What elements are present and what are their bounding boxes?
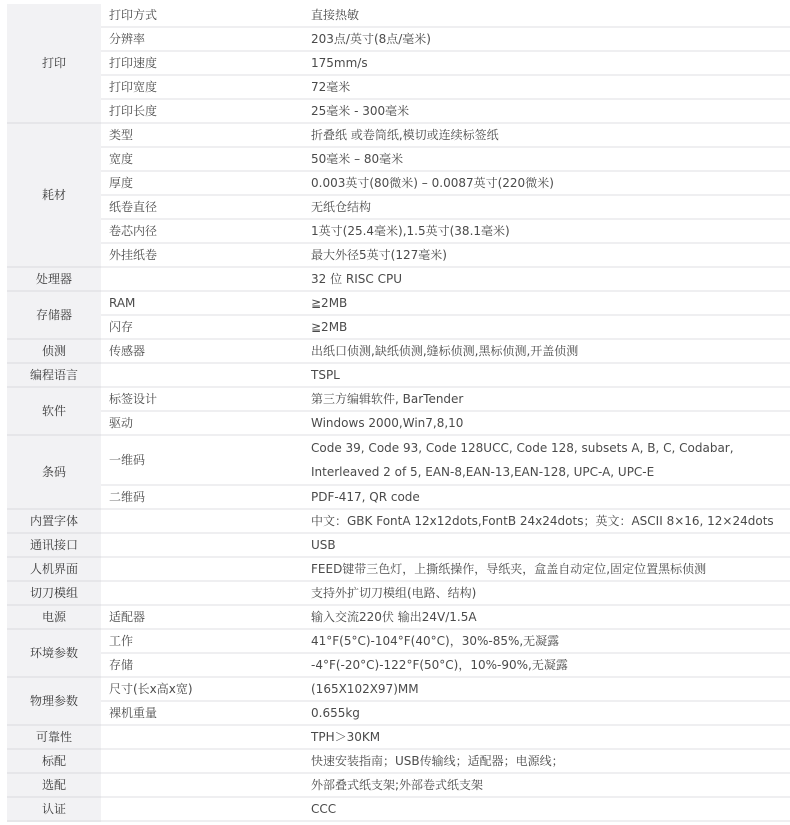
row-label xyxy=(101,749,305,773)
table-row: 软件 标签设计 第三方编辑软件, BarTender xyxy=(7,387,790,411)
table-row: 处理器 32 位 RISC CPU xyxy=(7,267,790,291)
row-label: 存储 xyxy=(101,653,305,677)
row-value: TPH＞30KM xyxy=(305,725,790,749)
row-value: FEED键带三色灯，上撕纸操作，导纸夹，盒盖自动定位,固定位置黑标侦测 xyxy=(305,557,790,581)
row-value: 175mm/s xyxy=(305,51,790,75)
table-row: 打印速度 175mm/s xyxy=(7,51,790,75)
table-row: 切刀模组 支持外扩切刀模组(电路、结构) xyxy=(7,581,790,605)
category-reliability: 可靠性 xyxy=(7,725,101,749)
value-line: Interleaved 2 of 5, EAN-8,EAN-13,EAN-128… xyxy=(311,460,790,484)
category-barcode: 条码 xyxy=(7,435,101,509)
table-row: 纸卷直径 无纸仓结构 xyxy=(7,195,790,219)
row-value: TSPL xyxy=(305,363,790,387)
category-memory: 存储器 xyxy=(7,291,101,339)
category-optional-accessories: 选配 xyxy=(7,773,101,797)
category-print: 打印 xyxy=(7,4,101,123)
row-value: 0.655kg xyxy=(305,701,790,725)
table-row: 选配 外部叠式纸支架;外部卷式纸支架 xyxy=(7,773,790,797)
table-row: 厚度 0.003英寸(80微米) – 0.0087英寸(220微米) xyxy=(7,171,790,195)
row-label: 标签设计 xyxy=(101,387,305,411)
row-value: 203点/英寸(8点/毫米) xyxy=(305,27,790,51)
row-label: 卷芯内径 xyxy=(101,219,305,243)
row-value: 折叠纸 或卷筒纸,模切或连续标签纸 xyxy=(305,123,790,147)
row-value: 直接热敏 xyxy=(305,4,790,27)
table-row: 编程语言 TSPL xyxy=(7,363,790,387)
row-value: 中文：GBK FontA 12x12dots,FontB 24x24dots；英… xyxy=(305,509,790,533)
table-row: 宽度 50毫米 – 80毫米 xyxy=(7,147,790,171)
row-label xyxy=(101,581,305,605)
row-value: 快速安装指南；USB传输线；适配器；电源线； xyxy=(305,749,790,773)
row-value: 最大外径5英寸(127毫米) xyxy=(305,243,790,267)
table-row: 环境参数 工作 41°F(5°C)-104°F(40°C)，30%-85%,无凝… xyxy=(7,629,790,653)
row-label xyxy=(101,533,305,557)
category-physical: 物理参数 xyxy=(7,677,101,725)
row-label: 打印方式 xyxy=(101,4,305,27)
row-value: 第三方编辑软件, BarTender xyxy=(305,387,790,411)
row-label xyxy=(101,363,305,387)
row-label: 尺寸(长x高x宽) xyxy=(101,677,305,701)
category-hmi: 人机界面 xyxy=(7,557,101,581)
row-label: 打印长度 xyxy=(101,99,305,123)
row-value: Code 39, Code 93, Code 128UCC, Code 128,… xyxy=(305,435,790,485)
row-value: CCC xyxy=(305,797,790,821)
category-built-in-fonts: 内置字体 xyxy=(7,509,101,533)
category-environment: 环境参数 xyxy=(7,629,101,677)
table-row: 内置字体 中文：GBK FontA 12x12dots,FontB 24x24d… xyxy=(7,509,790,533)
row-value: (165X102X97)MM xyxy=(305,677,790,701)
row-label: 纸卷直径 xyxy=(101,195,305,219)
table-row: 认证 CCC xyxy=(7,797,790,821)
row-value: ≧2MB xyxy=(305,315,790,339)
row-label: RAM xyxy=(101,291,305,315)
category-power: 电源 xyxy=(7,605,101,629)
table-row: 耗材 类型 折叠纸 或卷筒纸,模切或连续标签纸 xyxy=(7,123,790,147)
row-value: -4°F(-20°C)-122°F(50°C)，10%-90%,无凝露 xyxy=(305,653,790,677)
row-label xyxy=(101,797,305,821)
table-row: 通讯接口 USB xyxy=(7,533,790,557)
category-consumables: 耗材 xyxy=(7,123,101,267)
table-row: 打印长度 25毫米 - 300毫米 xyxy=(7,99,790,123)
row-label: 驱动 xyxy=(101,411,305,435)
row-value: Windows 2000,Win7,8,10 xyxy=(305,411,790,435)
row-label: 工作 xyxy=(101,629,305,653)
row-label: 打印宽度 xyxy=(101,75,305,99)
row-value: 无纸仓结构 xyxy=(305,195,790,219)
row-value: USB xyxy=(305,533,790,557)
category-programming-language: 编程语言 xyxy=(7,363,101,387)
row-label: 一维码 xyxy=(101,435,305,485)
row-label: 外挂纸卷 xyxy=(101,243,305,267)
category-processor: 处理器 xyxy=(7,267,101,291)
row-label: 打印速度 xyxy=(101,51,305,75)
table-row: 存储器 RAM ≧2MB xyxy=(7,291,790,315)
row-value: 50毫米 – 80毫米 xyxy=(305,147,790,171)
table-row: 卷芯内径 1英寸(25.4毫米),1.5英寸(38.1毫米) xyxy=(7,219,790,243)
category-interface: 通讯接口 xyxy=(7,533,101,557)
table-row: 可靠性 TPH＞30KM xyxy=(7,725,790,749)
table-row: 电源 适配器 输入交流220伏 输出24V/1.5A xyxy=(7,605,790,629)
row-label: 分辨率 xyxy=(101,27,305,51)
table-row: 打印宽度 72毫米 xyxy=(7,75,790,99)
row-value: 外部叠式纸支架;外部卷式纸支架 xyxy=(305,773,790,797)
row-value: 输入交流220伏 输出24V/1.5A xyxy=(305,605,790,629)
row-label: 裸机重量 xyxy=(101,701,305,725)
row-label: 闪存 xyxy=(101,315,305,339)
table-row: 物理参数 尺寸(长x高x宽) (165X102X97)MM xyxy=(7,677,790,701)
row-label: 传感器 xyxy=(101,339,305,363)
table-row: 存储 -4°F(-20°C)-122°F(50°C)，10%-90%,无凝露 xyxy=(7,653,790,677)
row-label: 二维码 xyxy=(101,485,305,509)
row-value: 25毫米 - 300毫米 xyxy=(305,99,790,123)
table-row: 条码 一维码 Code 39, Code 93, Code 128UCC, Co… xyxy=(7,435,790,485)
row-label xyxy=(101,773,305,797)
row-value: 1英寸(25.4毫米),1.5英寸(38.1毫米) xyxy=(305,219,790,243)
row-value: 支持外扩切刀模组(电路、结构) xyxy=(305,581,790,605)
row-value: 72毫米 xyxy=(305,75,790,99)
table-row: 人机界面 FEED键带三色灯，上撕纸操作，导纸夹，盒盖自动定位,固定位置黑标侦测 xyxy=(7,557,790,581)
table-row: 打印 打印方式 直接热敏 xyxy=(7,4,790,27)
row-value: 出纸口侦测,缺纸侦测,缝标侦测,黑标侦测,开盖侦测 xyxy=(305,339,790,363)
table-row: 裸机重量 0.655kg xyxy=(7,701,790,725)
table-row: 外挂纸卷 最大外径5英寸(127毫米) xyxy=(7,243,790,267)
table-row: 闪存 ≧2MB xyxy=(7,315,790,339)
row-label xyxy=(101,725,305,749)
table-row: 分辨率 203点/英寸(8点/毫米) xyxy=(7,27,790,51)
row-value: PDF-417, QR code xyxy=(305,485,790,509)
row-label: 宽度 xyxy=(101,147,305,171)
table-row: 驱动 Windows 2000,Win7,8,10 xyxy=(7,411,790,435)
row-label: 厚度 xyxy=(101,171,305,195)
category-cutter-module: 切刀模组 xyxy=(7,581,101,605)
row-label: 适配器 xyxy=(101,605,305,629)
value-line: Code 39, Code 93, Code 128UCC, Code 128,… xyxy=(311,436,790,460)
spec-table: 打印 打印方式 直接热敏 分辨率 203点/英寸(8点/毫米) 打印速度 175… xyxy=(7,4,790,822)
row-label xyxy=(101,509,305,533)
row-label xyxy=(101,267,305,291)
category-standard-accessories: 标配 xyxy=(7,749,101,773)
row-value: 41°F(5°C)-104°F(40°C)，30%-85%,无凝露 xyxy=(305,629,790,653)
row-label: 类型 xyxy=(101,123,305,147)
table-row: 二维码 PDF-417, QR code xyxy=(7,485,790,509)
table-row: 标配 快速安装指南；USB传输线；适配器；电源线； xyxy=(7,749,790,773)
table-row: 侦测 传感器 出纸口侦测,缺纸侦测,缝标侦测,黑标侦测,开盖侦测 xyxy=(7,339,790,363)
row-value: 0.003英寸(80微米) – 0.0087英寸(220微米) xyxy=(305,171,790,195)
category-detection: 侦测 xyxy=(7,339,101,363)
row-label xyxy=(101,557,305,581)
category-software: 软件 xyxy=(7,387,101,435)
category-certification: 认证 xyxy=(7,797,101,821)
row-value: 32 位 RISC CPU xyxy=(305,267,790,291)
row-value: ≧2MB xyxy=(305,291,790,315)
